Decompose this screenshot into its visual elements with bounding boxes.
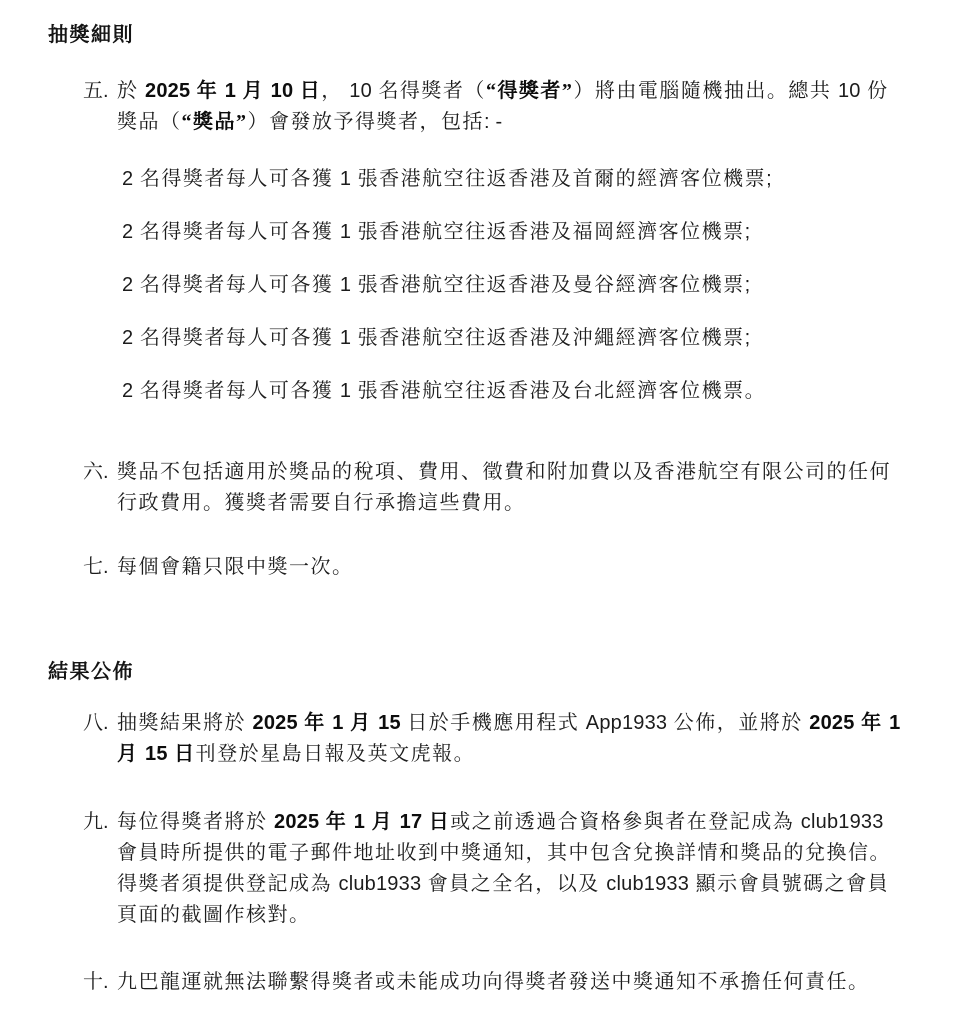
list-item-6: 六. 獎品不包括適用於獎品的稅項、費用、徵費和附加費以及香港航空有限公司的任何行… — [117, 457, 910, 519]
list-number-5: 五. — [83, 76, 109, 107]
list-item-7-text: 每個會籍只限中獎一次。 — [117, 556, 354, 578]
list-number-8: 八. — [83, 708, 109, 739]
list-number-7: 七. — [83, 552, 109, 583]
list-item-9: 九. 每位得獎者將於 2025 年 1 月 17 日或之前透過合資格參與者在登記… — [117, 807, 910, 931]
section-title-results-announcement: 結果公佈 — [48, 659, 912, 685]
document-page: 抽獎細則 五. 於 2025 年 1 月 10 日， 10 名得獎者（“得獎者”… — [0, 0, 960, 1036]
prize-line-okinawa: 2 名得獎者每人可各獲 1 張香港航空往返香港及沖繩經濟客位機票; — [122, 323, 910, 354]
list-item-5-text: 於 2025 年 1 月 10 日， 10 名得獎者（“得獎者”）將由電腦隨機抽… — [117, 80, 889, 133]
list-item-5: 五. 於 2025 年 1 月 10 日， 10 名得獎者（“得獎者”）將由電腦… — [117, 76, 910, 138]
list-item-8: 八. 抽獎結果將於 2025 年 1 月 15 日於手機應用程式 App1933… — [117, 708, 910, 770]
list-number-6: 六. — [83, 457, 109, 488]
list-item-6-text: 獎品不包括適用於獎品的稅項、費用、徵費和附加費以及香港航空有限公司的任何行政費用… — [117, 461, 891, 514]
list-item-9-text: 每位得獎者將於 2025 年 1 月 17 日或之前透過合資格參與者在登記成為 … — [117, 811, 891, 926]
list-item-10-text: 九巴龍運就無法聯繫得獎者或未能成功向得獎者發送中獎通知不承擔任何責任。 — [117, 971, 870, 993]
prize-line-taipei: 2 名得獎者每人可各獲 1 張香港航空往返香港及台北經濟客位機票。 — [122, 376, 910, 407]
list-number-10: 十. — [83, 967, 109, 998]
list-number-9: 九. — [83, 807, 109, 838]
list-item-10: 十. 九巴龍運就無法聯繫得獎者或未能成功向得獎者發送中獎通知不承擔任何責任。 — [117, 967, 910, 998]
list-item-7: 七. 每個會籍只限中獎一次。 — [117, 552, 910, 583]
prize-line-seoul: 2 名得獎者每人可各獲 1 張香港航空往返香港及首爾的經濟客位機票; — [122, 164, 910, 195]
list-item-8-text: 抽獎結果將於 2025 年 1 月 15 日於手機應用程式 App1933 公佈… — [117, 712, 900, 765]
prize-line-bangkok: 2 名得獎者每人可各獲 1 張香港航空往返香港及曼谷經濟客位機票; — [122, 270, 910, 301]
prize-line-fukuoka: 2 名得獎者每人可各獲 1 張香港航空往返香港及福岡經濟客位機票; — [122, 217, 910, 248]
section-title-draw-details: 抽獎細則 — [48, 0, 912, 48]
